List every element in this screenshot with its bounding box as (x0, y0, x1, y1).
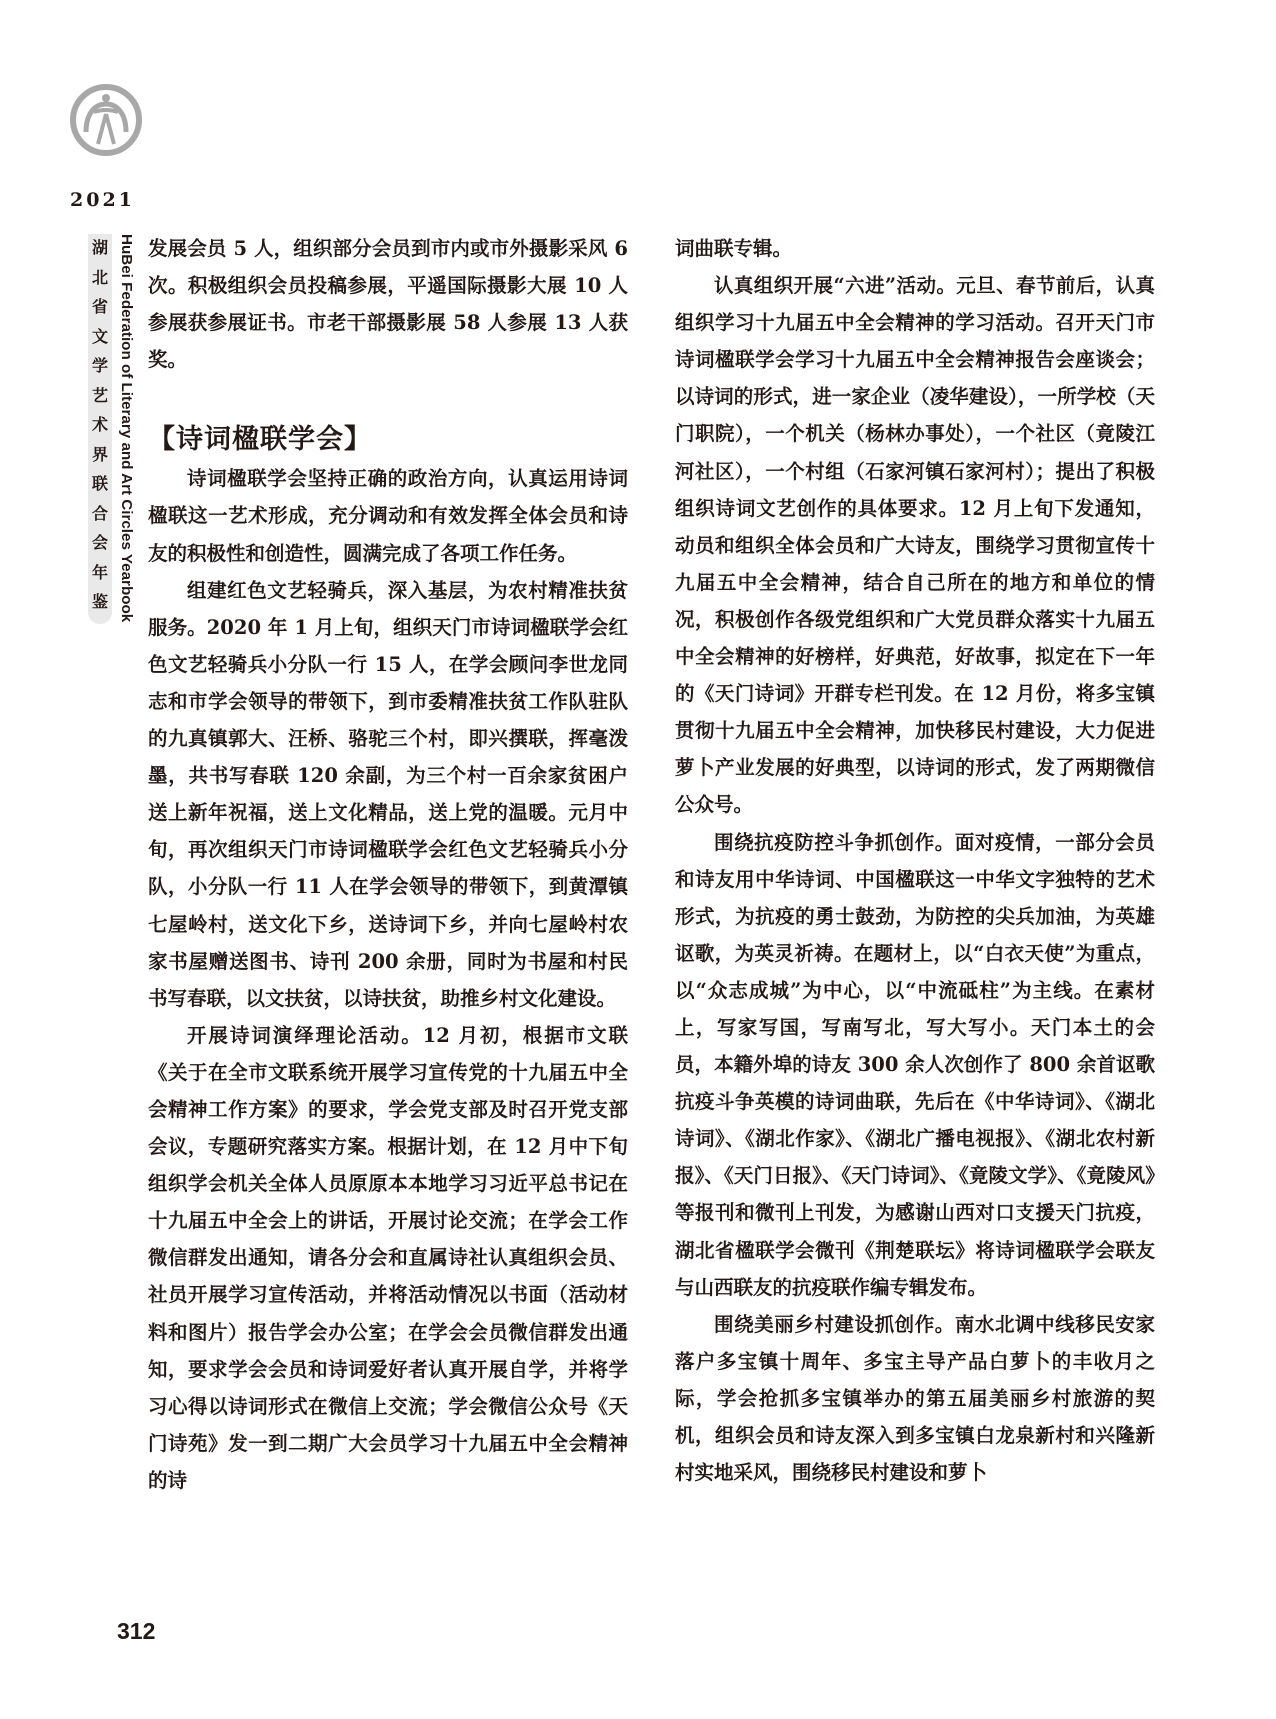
sidebar-char: 学 (92, 358, 108, 374)
sidebar-char: 会 (92, 535, 108, 551)
sidebar-char: 鉴 (92, 594, 108, 610)
sidebar-char: 合 (92, 506, 108, 522)
page-number: 312 (117, 1618, 155, 1645)
sidebar-title-en: HuBei Federation of Literary and Art Cir… (117, 234, 137, 624)
sidebar-char: 北 (92, 270, 108, 286)
paragraph: 组建红色文艺轻骑兵，深入基层，为农村精准扶贫服务。2020 年 1 月上旬，组织… (148, 572, 628, 1017)
paragraph: 发展会员 5 人，组织部分会员到市内或市外摄影采风 6 次。积极组织会员投稿参展… (148, 230, 628, 378)
paragraph: 围绕抗疫防控斗争抓创作。面对疫情，一部分会员和诗友用中华诗词、中国楹联这一中华文… (675, 824, 1155, 1306)
sidebar-char: 省 (92, 299, 108, 315)
sidebar-char: 术 (92, 417, 108, 433)
left-column: 发展会员 5 人，组织部分会员到市内或市外摄影采风 6 次。积极组织会员投稿参展… (148, 230, 628, 1499)
paragraph: 认真组织开展“六进”活动。元旦、春节前后，认真组织学习十九届五中全会精神的学习活… (675, 267, 1155, 823)
sidebar-char: 界 (92, 447, 108, 463)
paragraph: 词曲联专辑。 (675, 230, 1155, 267)
federation-emblem-icon (68, 82, 144, 158)
section-title: 【诗词楹联学会】 (148, 420, 628, 460)
yearbook-year: 2021 (70, 189, 150, 211)
sidebar-char: 文 (92, 329, 108, 345)
sidebar-char: 湖 (92, 240, 108, 256)
sidebar-title-cn: 湖 北 省 文 学 艺 术 界 联 合 会 年 鉴 (88, 234, 112, 624)
sidebar-title-en-text: HuBei Federation of Literary and Art Cir… (118, 234, 135, 622)
sidebar-char: 艺 (92, 388, 108, 404)
sidebar-char: 年 (92, 565, 108, 581)
right-column: 词曲联专辑。 认真组织开展“六进”活动。元旦、春节前后，认真组织学习十九届五中全… (675, 230, 1155, 1491)
sidebar-char: 联 (92, 476, 108, 492)
paragraph: 开展诗词演绎理论活动。12 月初，根据市文联《关于在全市文联系统开展学习宣传党的… (148, 1017, 628, 1499)
paragraph: 围绕美丽乡村建设抓创作。南水北调中线移民安家落户多宝镇十周年、多宝主导产品白萝卜… (675, 1306, 1155, 1491)
paragraph: 诗词楹联学会坚持正确的政治方向，认真运用诗词楹联这一艺术形成，充分调动和有效发挥… (148, 460, 628, 571)
